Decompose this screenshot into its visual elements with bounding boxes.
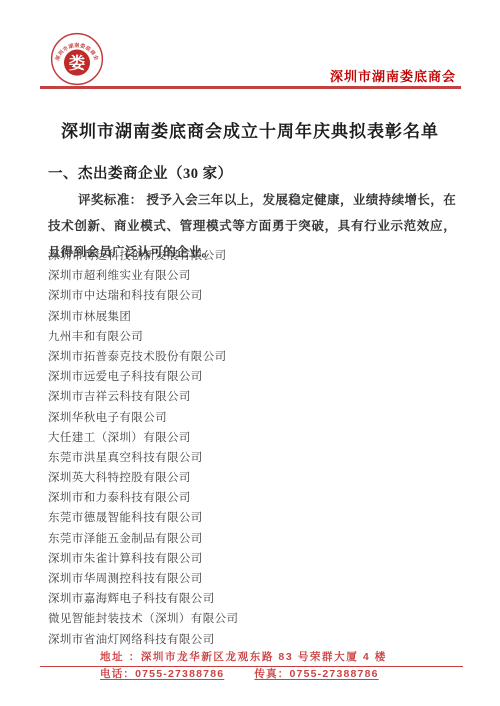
company-list: 深圳市博远科技创新发展有限公司 深圳市超利维实业有限公司 深圳市中达瑞和科技有限… bbox=[48, 246, 458, 650]
company-list-item: 深圳市远爱电子科技有限公司 bbox=[48, 367, 458, 387]
company-list-item: 深圳市省油灯网络科技有限公司 bbox=[48, 630, 458, 650]
company-list-item: 深圳市林展集团 bbox=[48, 307, 458, 327]
company-list-item: 大任建工（深圳）有限公司 bbox=[48, 428, 458, 448]
header-rule bbox=[40, 86, 461, 89]
company-list-item: 深圳市吉祥云科技有限公司 bbox=[48, 387, 458, 407]
section-heading: 一、杰出娄商企业（30 家） bbox=[48, 162, 233, 183]
company-list-item: 微见智能封装技术（深圳）有限公司 bbox=[48, 609, 458, 629]
header-org-name: 深圳市湖南娄底商会 bbox=[330, 66, 456, 85]
company-list-item: 深圳市和力泰科技有限公司 bbox=[48, 488, 458, 508]
company-list-item: 深圳市中达瑞和科技有限公司 bbox=[48, 286, 458, 306]
footer-fax: 传真：0755-27388786 bbox=[254, 668, 378, 680]
company-list-item: 东莞市德晟智能科技有限公司 bbox=[48, 508, 458, 528]
company-list-item: 深圳市博远科技创新发展有限公司 bbox=[48, 246, 458, 266]
footer-address: 地址 ：深圳市龙华新区龙观东路 83 号荣群大厦 4 楼 bbox=[40, 649, 463, 667]
company-list-item: 深圳市拓普泰克技术股份有限公司 bbox=[48, 347, 458, 367]
footer-contact: 电话：0755-27388786 传真：0755-27388786 bbox=[100, 666, 379, 681]
company-list-item: 深圳华秋电子有限公司 bbox=[48, 408, 458, 428]
chamber-seal-logo: 深圳市湖南娄底商会 娄 bbox=[50, 32, 104, 86]
company-list-item: 东莞市洪星真空科技有限公司 bbox=[48, 448, 458, 468]
company-list-item: 深圳市华周测控科技有限公司 bbox=[48, 569, 458, 589]
document-page: 深圳市湖南娄底商会 娄 深圳市湖南娄底商会 深圳市湖南娄底商会成立十周年庆典拟表… bbox=[0, 0, 500, 706]
seal-emblem-character: 娄 bbox=[69, 53, 86, 72]
company-list-item: 深圳英大科特控股有限公司 bbox=[48, 468, 458, 488]
company-list-item: 深圳市嘉海辉电子科技有限公司 bbox=[48, 589, 458, 609]
company-list-item: 九州丰和有限公司 bbox=[48, 327, 458, 347]
company-list-item: 东莞市泽能五金制品有限公司 bbox=[48, 529, 458, 549]
footer-phone: 电话：0755-27388786 bbox=[100, 668, 224, 680]
seal-icon: 深圳市湖南娄底商会 娄 bbox=[50, 32, 104, 86]
document-title: 深圳市湖南娄底商会成立十周年庆典拟表彰名单 bbox=[0, 117, 500, 142]
company-list-item: 深圳市超利维实业有限公司 bbox=[48, 266, 458, 286]
company-list-item: 深圳市朱雀计算科技有限公司 bbox=[48, 549, 458, 569]
